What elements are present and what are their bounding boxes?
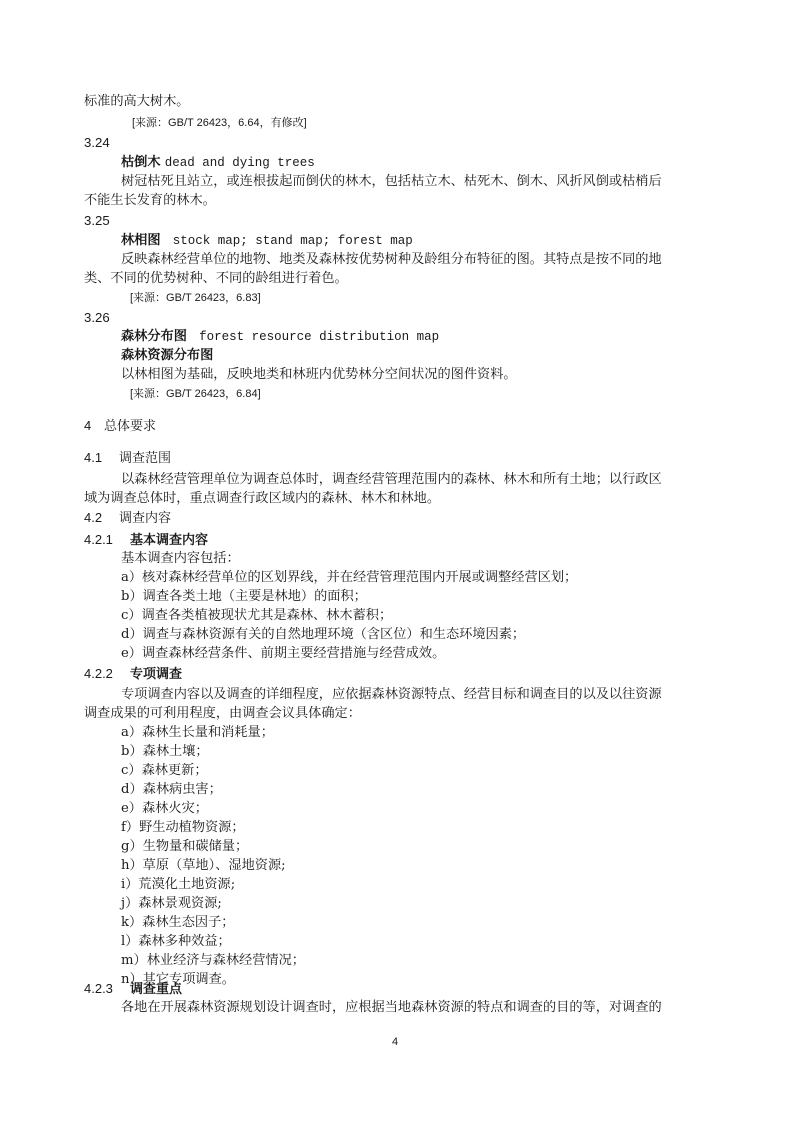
source-citation: [来源：GB/T 26423，6.64，有修改]: [132, 114, 307, 132]
term-definition: 类、不同的优势树种、不同的龄组进行着色。: [84, 270, 348, 288]
list-item: e）调查森林经营条件、前期主要经营措施与经营成效。: [121, 645, 445, 663]
subsection-heading: 4.2.3调查重点: [84, 980, 182, 999]
term-number: 3.26: [84, 309, 110, 327]
term-definition: 不能生长发育的林木。: [84, 192, 216, 210]
section-number: 4.1: [84, 449, 119, 467]
section-heading: 4.2调查内容: [84, 509, 171, 528]
source-citation: [来源：GB/T 26423，6.84]: [130, 385, 261, 403]
list-item: a）核对森林经营单位的区划界线，并在经营管理范围内开展或调整经营区划；: [121, 569, 577, 587]
term-zh: 林相图: [121, 233, 161, 248]
list-item: a）森林生长量和消耗量；: [121, 724, 274, 742]
chapter-number: 4: [84, 417, 104, 435]
paragraph-line: 各地在开展森林资源规划设计调查时，应根据当地森林资源的特点和调查的目的等，对调查…: [121, 999, 662, 1017]
list-item: l）森林多种效益；: [121, 933, 231, 951]
list-item: h）草原（草地）、湿地资源;: [121, 857, 286, 875]
section-title: 调查范围: [119, 451, 171, 466]
paragraph-line: 专项调查内容以及调查的详细程度，应依据森林资源特点、经营目标和调查目的以及以往资…: [121, 686, 662, 704]
page-number: 4: [392, 1036, 398, 1048]
section-number: 4.2: [84, 509, 119, 527]
chapter-title: 总体要求: [104, 419, 156, 434]
paragraph-line: 以森林经营管理单位为调查总体时，调查经营管理范围内的森林、林木和所有土地；以行政…: [121, 471, 662, 489]
term-en: forest resource distribution map: [199, 330, 439, 344]
subsection-number: 4.2.1: [84, 531, 130, 549]
section-title: 调查内容: [119, 511, 171, 526]
term-definition: 树冠枯死且站立，或连根拔起而倒伏的林木，包括枯立木、枯死木、倒木、风折风倒或枯梢…: [121, 173, 662, 191]
term-en: dead and dying trees: [165, 156, 315, 170]
list-item: d）森林病虫害；: [121, 781, 222, 799]
list-item: d）调查与森林资源有关的自然地理环境（含区位）和生态环境因素；: [121, 626, 525, 644]
subsection-title: 基本调查内容: [130, 533, 208, 548]
paragraph-line: 域为调查总体时，重点调查行政区域内的森林、林木和林地。: [84, 490, 440, 508]
subsection-title: 调查重点: [130, 982, 182, 997]
continuation-text: 标准的高大树木。: [84, 93, 190, 111]
term-en: stock map; stand map; forest map: [173, 234, 413, 248]
subsection-number: 4.2.2: [84, 665, 130, 683]
paragraph-line: 基本调查内容包括：: [121, 550, 240, 568]
subsection-heading: 4.2.2专项调查: [84, 665, 182, 684]
list-item: k）森林生态因子；: [121, 914, 235, 932]
term-alt-zh: 森林资源分布图: [121, 347, 213, 365]
subsection-title: 专项调查: [130, 667, 182, 682]
term-zh: 森林分布图: [121, 329, 187, 344]
list-item: m）林业经济与森林经营情况；: [121, 952, 305, 970]
list-item: i）荒漠化土地资源;: [121, 876, 235, 894]
list-item: f）野生动植物资源；: [121, 819, 245, 837]
section-heading: 4.1调查范围: [84, 449, 171, 468]
list-item: b）森林土壤；: [121, 743, 209, 761]
paragraph-line: 调查成果的可利用程度，由调查会议具体确定：: [84, 705, 361, 723]
list-item: g）生物量和碳储量；: [121, 838, 248, 856]
term-number: 3.25: [84, 212, 110, 230]
term-heading: 林相图 stock map; stand map; forest map: [121, 232, 413, 250]
term-heading: 枯倒木 dead and dying trees: [121, 154, 315, 172]
term-zh: 枯倒木: [121, 155, 161, 170]
subsection-heading: 4.2.1基本调查内容: [84, 531, 208, 550]
chapter-heading: 4总体要求: [84, 417, 156, 436]
subsection-number: 4.2.3: [84, 980, 130, 998]
list-item: j）森林景观资源;: [121, 895, 222, 913]
term-heading: 森林分布图 forest resource distribution map: [121, 328, 439, 346]
term-number: 3.24: [84, 134, 110, 152]
list-item: b）调查各类土地（主要是林地）的面积；: [121, 588, 367, 606]
term-definition: 以林相图为基础，反映地类和林班内优势林分空间状况的图件资料。: [121, 366, 517, 384]
list-item: c）调查各类植被现状尤其是森林、林木蓄积；: [121, 607, 392, 625]
list-item: e）森林火灾；: [121, 800, 208, 818]
source-citation: [来源：GB/T 26423，6.83]: [130, 289, 261, 307]
list-item: c）森林更新；: [121, 762, 208, 780]
term-definition: 反映森林经营单位的地物、地类及森林按优势树种及龄组分布特征的图。其特点是按不同的…: [121, 251, 662, 269]
